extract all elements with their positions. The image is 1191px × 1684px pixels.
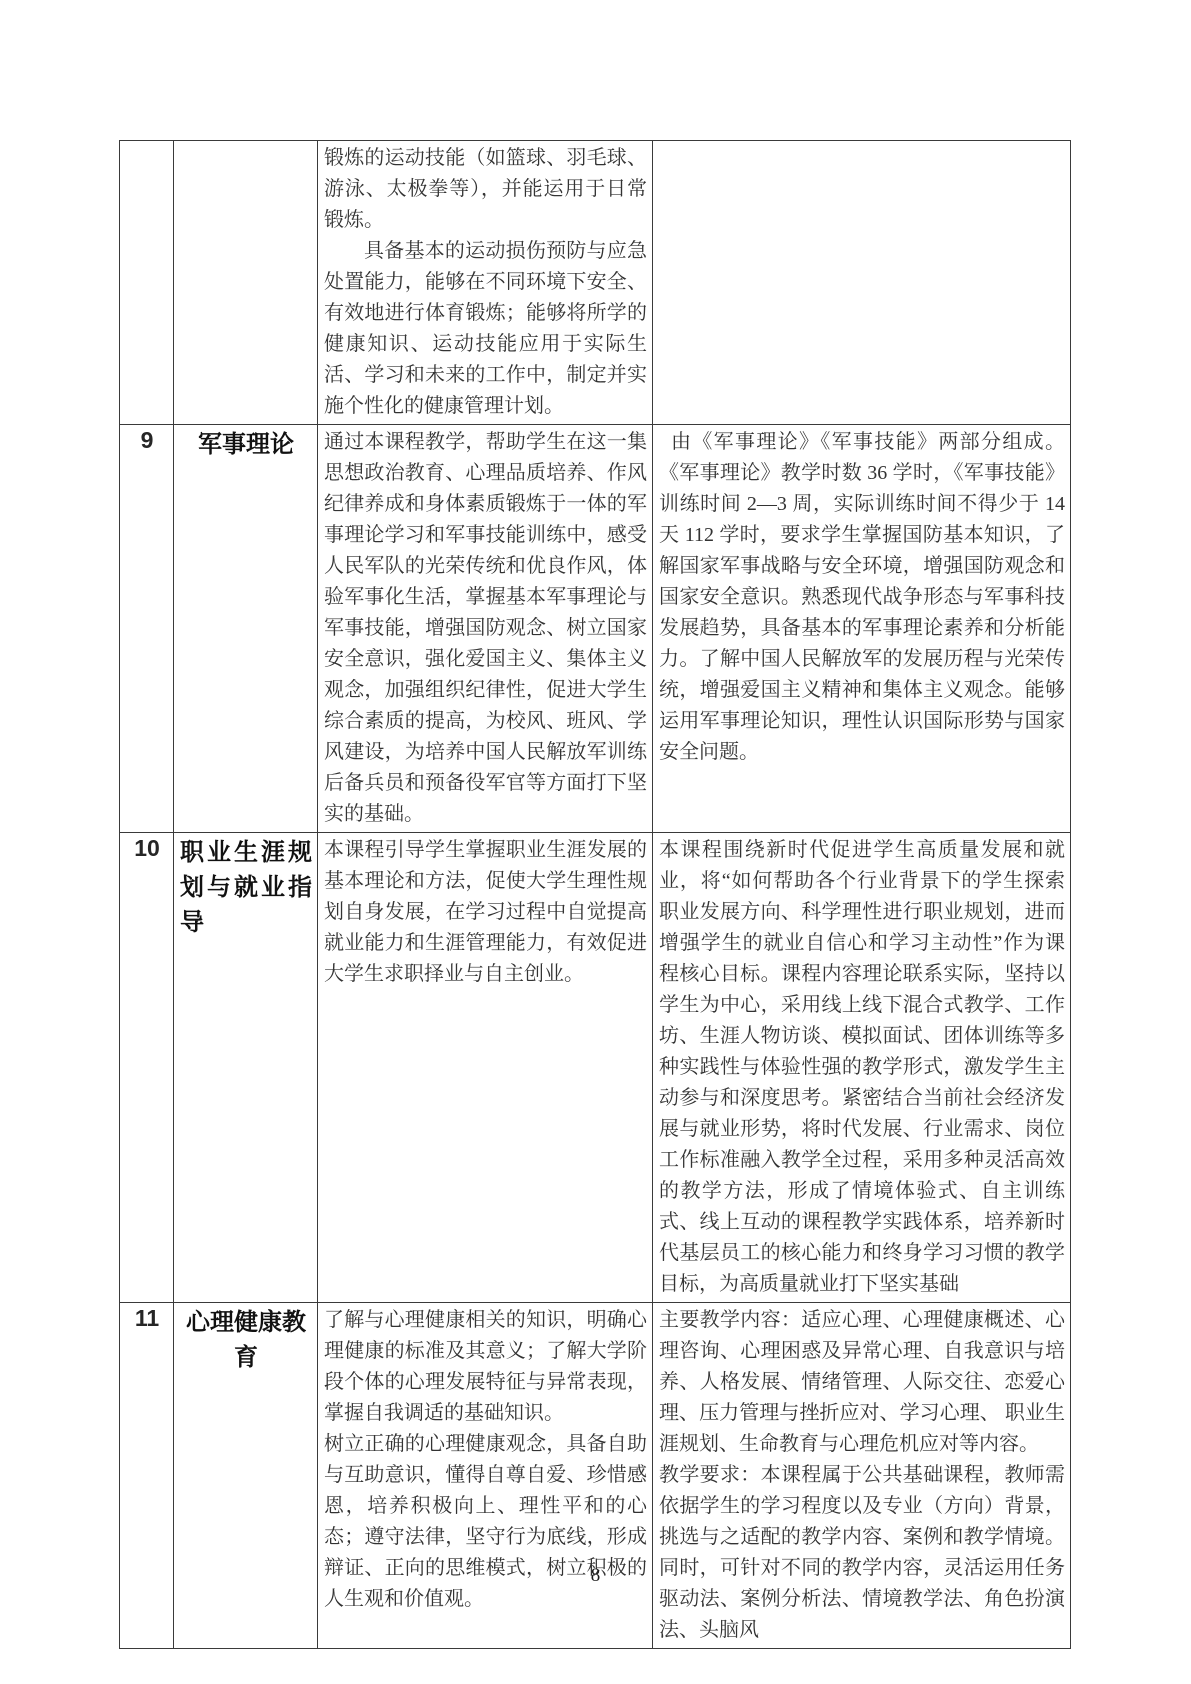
document-page: 锻炼的运动技能（如篮球、羽毛球、游泳、太极拳等），并能运用于日常锻炼。 具备基本…	[0, 0, 1191, 1684]
paragraph: 教学要求：本课程属于公共基础课程，教师需依据学生的学习程度以及专业（方向）背景，…	[659, 1460, 1065, 1646]
paragraph: 本课程引导学生掌握职业生涯发展的基本理论和方法，促使大学生理性规划自身发展，在学…	[324, 835, 647, 990]
course-description-cell: 由《军事理论》《军事技能》两部分组成。《军事理论》教学时数 36 学时，《军事技…	[653, 425, 1071, 833]
course-description-cell: 本课程围绕新时代促进学生高质量发展和就业，将“如何帮助各个行业背景下的学生探索职…	[653, 833, 1071, 1303]
course-objectives-cell: 了解与心理健康相关的知识，明确心理健康的标准及其意义；了解大学阶段个体的心理发展…	[318, 1303, 653, 1649]
paragraph: 本课程围绕新时代促进学生高质量发展和就业，将“如何帮助各个行业背景下的学生探索职…	[659, 835, 1065, 1300]
paragraph: 通过本课程教学，帮助学生在这一集思想政治教育、心理品质培养、作风纪律养成和身体素…	[324, 427, 647, 830]
course-objectives-cell: 通过本课程教学，帮助学生在这一集思想政治教育、心理品质培养、作风纪律养成和身体素…	[318, 425, 653, 833]
course-name-cell: 军事理论	[174, 425, 318, 833]
page-number: 8	[0, 1565, 1191, 1587]
row-number-cell: 9	[120, 425, 174, 833]
course-name-cell: 职业生涯规划与就业指导	[174, 833, 318, 1303]
paragraph: 具备基本的运动损伤预防与应急处置能力，能够在不同环境下安全、有效地进行体育锻炼；…	[324, 236, 647, 422]
course-objectives-cell: 本课程引导学生掌握职业生涯发展的基本理论和方法，促使大学生理性规划自身发展，在学…	[318, 833, 653, 1303]
paragraph: 由《军事理论》《军事技能》两部分组成。《军事理论》教学时数 36 学时，《军事技…	[659, 427, 1065, 768]
course-description-cell	[653, 141, 1071, 425]
row-number-cell: 10	[120, 833, 174, 1303]
table-row-11: 11 心理健康教育 了解与心理健康相关的知识，明确心理健康的标准及其意义；了解大…	[120, 1303, 1071, 1649]
paragraph: 了解与心理健康相关的知识，明确心理健康的标准及其意义；了解大学阶段个体的心理发展…	[324, 1305, 647, 1429]
course-name-cell: 心理健康教育	[174, 1303, 318, 1649]
paragraph: 锻炼的运动技能（如篮球、羽毛球、游泳、太极拳等），并能运用于日常锻炼。	[324, 143, 647, 236]
course-table: 锻炼的运动技能（如篮球、羽毛球、游泳、太极拳等），并能运用于日常锻炼。 具备基本…	[119, 140, 1071, 1649]
paragraph: 主要教学内容：适应心理、心理健康概述、心理咨询、心理困惑及异常心理、自我意识与培…	[659, 1305, 1065, 1460]
course-description-cell: 主要教学内容：适应心理、心理健康概述、心理咨询、心理困惑及异常心理、自我意识与培…	[653, 1303, 1071, 1649]
table-row-continuation: 锻炼的运动技能（如篮球、羽毛球、游泳、太极拳等），并能运用于日常锻炼。 具备基本…	[120, 141, 1071, 425]
paragraph: 树立正确的心理健康观念，具备自助与互助意识，懂得自尊自爱、珍惜感恩，培养积极向上…	[324, 1429, 647, 1615]
table-row-9: 9 军事理论 通过本课程教学，帮助学生在这一集思想政治教育、心理品质培养、作风纪…	[120, 425, 1071, 833]
row-number-cell: 11	[120, 1303, 174, 1649]
course-objectives-cell: 锻炼的运动技能（如篮球、羽毛球、游泳、太极拳等），并能运用于日常锻炼。 具备基本…	[318, 141, 653, 425]
row-number-cell	[120, 141, 174, 425]
table-row-10: 10 职业生涯规划与就业指导 本课程引导学生掌握职业生涯发展的基本理论和方法，促…	[120, 833, 1071, 1303]
course-name-cell	[174, 141, 318, 425]
